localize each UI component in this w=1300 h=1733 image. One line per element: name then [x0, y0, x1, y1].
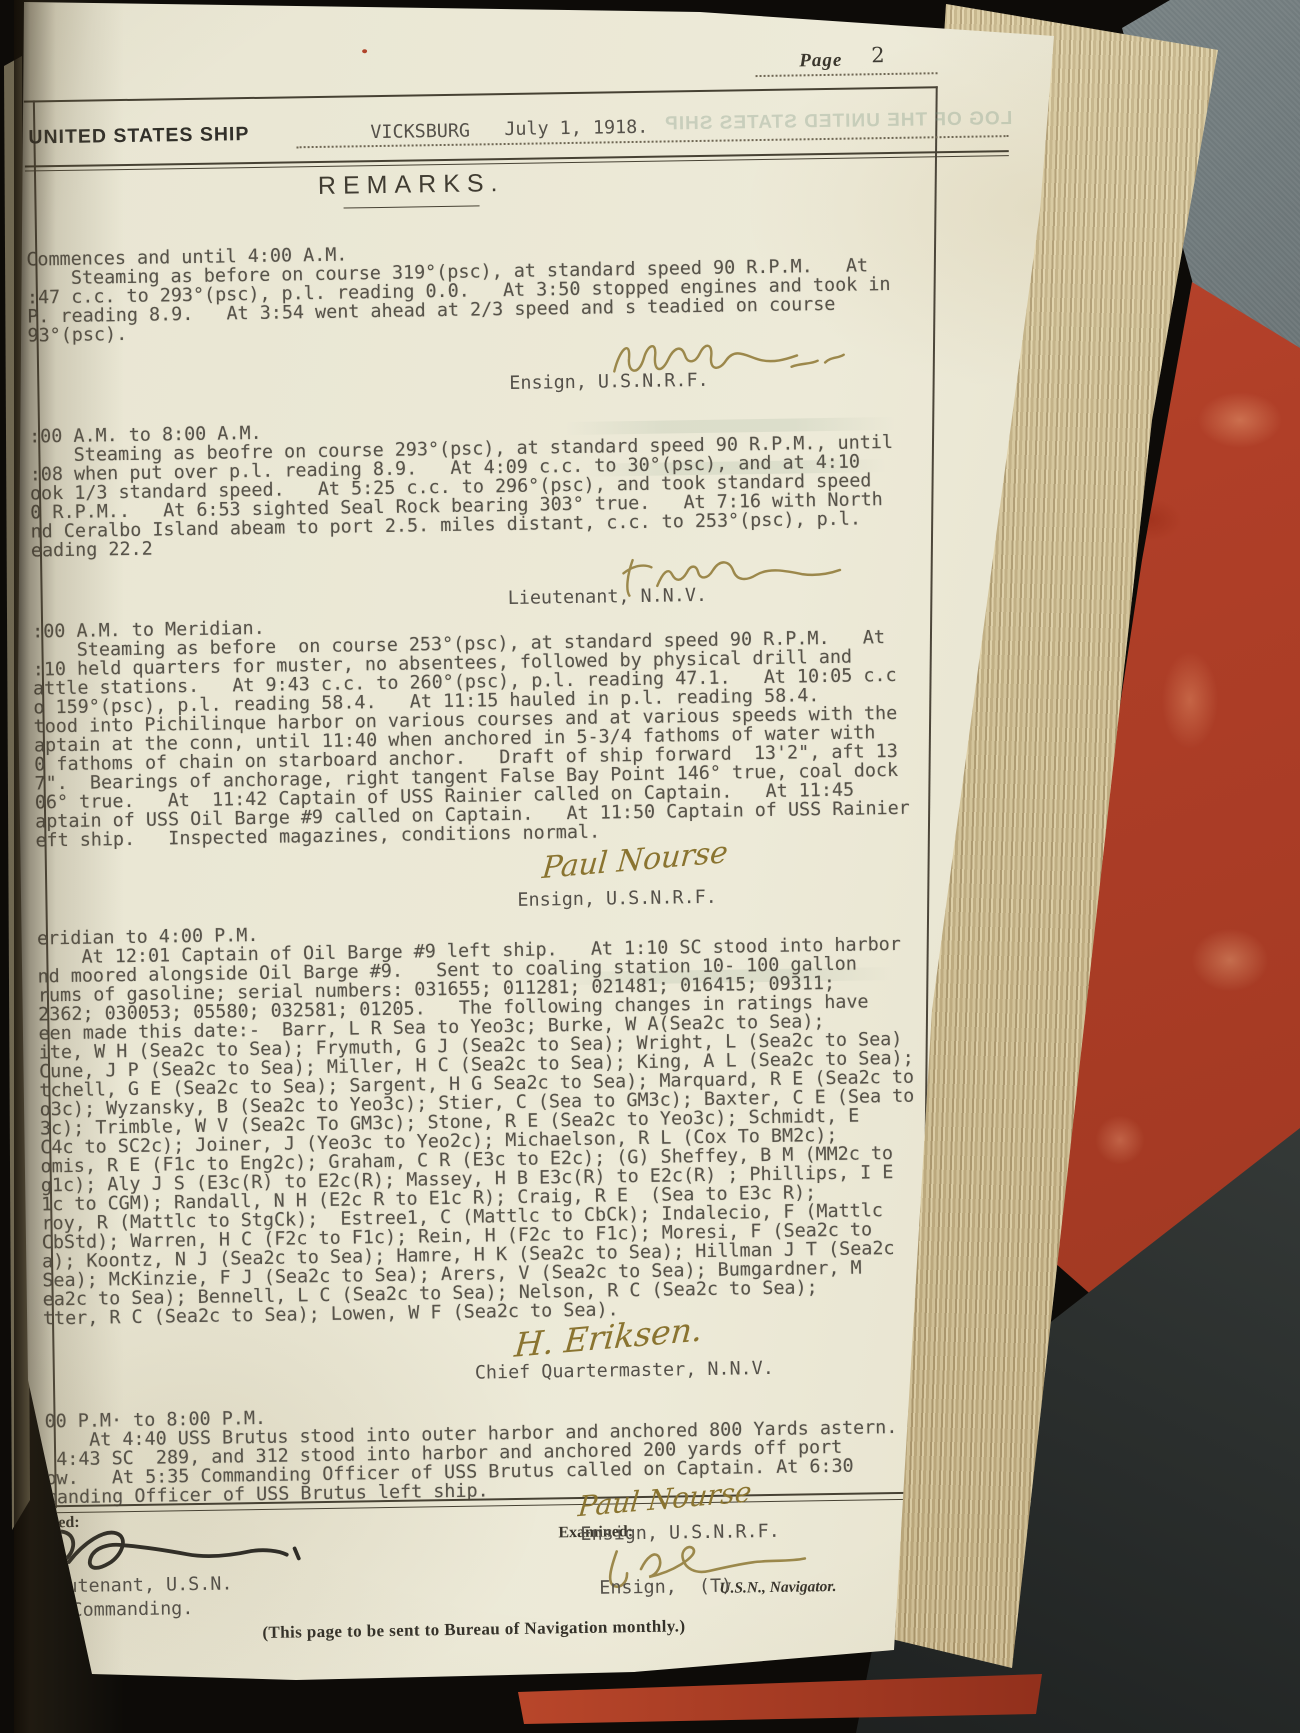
- right-signature: Paul Nourse: [577, 1475, 753, 1523]
- page-number-dotted-line: [756, 72, 938, 77]
- signature-block: Ensign, U.S.N.R.F.: [28, 331, 939, 401]
- form-bottom-rule: [44, 1490, 1044, 1507]
- log-line: nd moored alongside Oil Barge #9. Sent t…: [37, 953, 947, 986]
- navigator-signature: [597, 1536, 828, 1588]
- log-line: manding Officer of USS Brutus left ship.: [46, 1474, 956, 1507]
- log-line: a); Koontz, N J (Sea2c to Sea); Hamre, H…: [42, 1238, 952, 1271]
- log-line: At 12:01 Captain of Oil Barge #9 left sh…: [37, 934, 947, 967]
- bleed-smudge: [586, 459, 886, 477]
- bleed-smudge: [554, 967, 894, 985]
- double-rule-bottom: [25, 155, 1009, 171]
- section-heading: :00 A.M. to 8:00 A.M.: [29, 413, 939, 446]
- log-section: Commences and until 4:00 A.M. Steaming a…: [26, 236, 938, 401]
- log-line: At 4:40 USS Brutus stood into outer harb…: [45, 1417, 955, 1450]
- log-line: rums of gasoline; serial numbers: 031655…: [38, 972, 948, 1005]
- signature-name: Paul Nourse: [541, 835, 730, 886]
- signature-scrawl: [567, 543, 908, 604]
- log-line: ook 1/3 standard speed. At 5:25 c.c. to …: [30, 470, 940, 503]
- signature-block: Paul NourseEnsign, U.S.N.R.F.: [36, 836, 947, 918]
- log-section: 00 P.M· to 8:00 P.M. At 4:40 USS Brutus …: [44, 1398, 955, 1507]
- log-line: 7". Bearings of anchorage, right tangent…: [34, 760, 944, 793]
- remarks-underline: [344, 205, 480, 208]
- signature-block: H. Eriksen.Chief Quartermaster, N.N.V.: [43, 1314, 954, 1390]
- log-line: roy, R (Mattlc to StgCk); Estree1, C (Ma…: [41, 1200, 951, 1233]
- log-line: 4:43 SC 289, and 312 stood into harbor a…: [45, 1436, 955, 1469]
- log-line: eft ship. Inspected magazines, condition…: [35, 817, 945, 850]
- log-line: 2362; 030053; 05580; 032581; 01205. The …: [38, 991, 948, 1024]
- signature-title: Chief Quartermaster, N.N.V.: [475, 1358, 774, 1384]
- signature-title: Lieutenant, N.N.V.: [508, 585, 708, 609]
- ship-name: VICKSBURG: [370, 121, 470, 144]
- log-line: Cune, J P (Sea2c to Sea); Miller, H C (S…: [39, 1048, 949, 1081]
- ship-line-dotted: [297, 135, 1009, 148]
- log-line: o 159°(psc), p.l. reading 58.4. At 11:15…: [33, 684, 943, 717]
- remarks-title: REMARKS.: [251, 168, 571, 202]
- log-line: CbStd); Warren, H C (F2c to F1c); Rein, …: [42, 1219, 952, 1252]
- log-line: tchell, G E (Sea2c to Sea); Sargent, H G…: [39, 1067, 949, 1100]
- log-line: ite, W H (Sea2c to Sea); Frymuth, G J (S…: [39, 1029, 949, 1062]
- page-number: 2: [871, 43, 885, 67]
- ink-speck: [362, 49, 367, 53]
- log-line: :10 held quarters for muster, no absente…: [33, 646, 943, 679]
- log-section: :00 A.M. to 8:00 A.M. Steaming as beofre…: [29, 413, 942, 616]
- navigator-typed-title: Ensign, (T): [599, 1576, 732, 1599]
- form-bottom-rule-2: [52, 1498, 960, 1513]
- navigator-printed-title: U.S.N., Navigator.: [719, 1578, 836, 1598]
- signature-block: Lieutenant, N.N.V.: [31, 546, 942, 616]
- bleed-through-text: LOG OF THE UNITED STATES SHIP: [636, 108, 1012, 136]
- log-line: Steaming as before on course 319°(psc), …: [27, 255, 937, 288]
- log-line: C4c to SC2c); Joiner, J (Yeo3c to Yeo2c)…: [40, 1124, 950, 1157]
- examined-label: Examined:: [558, 1523, 633, 1542]
- log-line: P. reading 8.9. At 3:54 went ahead at 2/…: [27, 293, 937, 326]
- log-line: omis, R E (F1c to Eng2c); Graham, C R (E…: [40, 1143, 950, 1176]
- page-label: Page: [799, 50, 842, 73]
- log-line: 3c); Trimble, W V (Sea2c To GM3c); Stone…: [40, 1105, 950, 1138]
- log-section: eridian to 4:00 P.M. At 12:01 Captain of…: [37, 915, 954, 1390]
- log-line: Steaming as beofre on course 293°(psc), …: [29, 432, 939, 465]
- log-line: o3c); Wyzansky, B (Sea2c to Yeo3c); Stie…: [40, 1086, 950, 1119]
- log-line: een made this date:- Barr, L R Sea to Ye…: [38, 1010, 948, 1043]
- signature-scrawl: [588, 326, 869, 386]
- log-line: 93°(psc).: [27, 312, 937, 345]
- ship-label: UNITED STATES SHIP: [28, 123, 249, 149]
- signature-title: Ensign, U.S.N.R.F.: [509, 370, 709, 394]
- log-line: 06° true. At 11:42 Captain of USS Rainie…: [35, 779, 945, 812]
- section-heading: eridian to 4:00 P.M.: [37, 915, 947, 948]
- log-line: aptain of USS Oil Barge #9 called on Cap…: [35, 798, 945, 831]
- log-line: ea2c to Sea); Bennell, L C (Sea2c to Sea…: [43, 1276, 953, 1309]
- log-line: tood into Pichilinque harbor on various …: [34, 703, 944, 736]
- section-heading: 00 P.M· to 8:00 P.M.: [44, 1398, 954, 1431]
- log-line: nd Ceralbo Island abeam to port 2.5. mil…: [30, 508, 940, 541]
- signature-title: Ensign, U.S.N.R.F.: [517, 887, 717, 911]
- log-line: 1c to CGM); Randall, N H (E2c R to E1c R…: [41, 1181, 951, 1214]
- log-line: Steaming as before on course 253°(psc), …: [32, 627, 942, 660]
- log-date: July 1, 1918.: [504, 117, 648, 140]
- bottom-note: (This page to be sent to Bureau of Navig…: [124, 1614, 824, 1645]
- section-heading: Commences and until 4:00 A.M.: [26, 236, 936, 269]
- log-line: :47 c.c. to 293°(psc), p.l. reading 0.0.…: [27, 274, 937, 307]
- approved-title-2: Commanding.: [71, 1598, 193, 1621]
- form-left-border: [33, 100, 57, 1508]
- bleed-smudge: [565, 417, 895, 435]
- form-top-border: [24, 86, 938, 102]
- log-line: Sea); McKinzie, F J (Sea2c to Sea); Arer…: [42, 1257, 952, 1290]
- right-signature-title: Ensign, U.S.N.R.F.: [580, 1521, 780, 1545]
- signature-name: H. Eriksen.: [513, 1309, 704, 1365]
- log-sections: Commences and until 4:00 A.M. Steaming a…: [26, 236, 956, 1507]
- log-line: :08 when put over p.l. reading 8.9. At 4…: [30, 451, 940, 484]
- log-line: attle stations. At 9:43 c.c. to 260°(psc…: [33, 665, 943, 698]
- log-line: tter, R C (Sea2c to Sea); Lowen, W F (Se…: [43, 1295, 953, 1328]
- log-section: :00 A.M. to Meridian. Steaming as before…: [32, 608, 947, 918]
- section-heading: :00 A.M. to Meridian.: [32, 608, 942, 641]
- log-line: ow. At 5:35 Commanding Officer of USS Br…: [45, 1455, 955, 1488]
- log-line: 0 fathoms of chain on starboard anchor. …: [34, 741, 944, 774]
- log-line: eading 22.2: [31, 527, 941, 560]
- log-line: 0 R.P.M.. At 6:53 sighted Seal Rock bear…: [30, 489, 940, 522]
- log-line: g1c); Aly J S (E3c(R) to E2c(R); Massey,…: [41, 1162, 951, 1195]
- log-line: aptain at the conn, until 11:40 when anc…: [34, 722, 944, 755]
- double-rule-top: [25, 150, 1009, 167]
